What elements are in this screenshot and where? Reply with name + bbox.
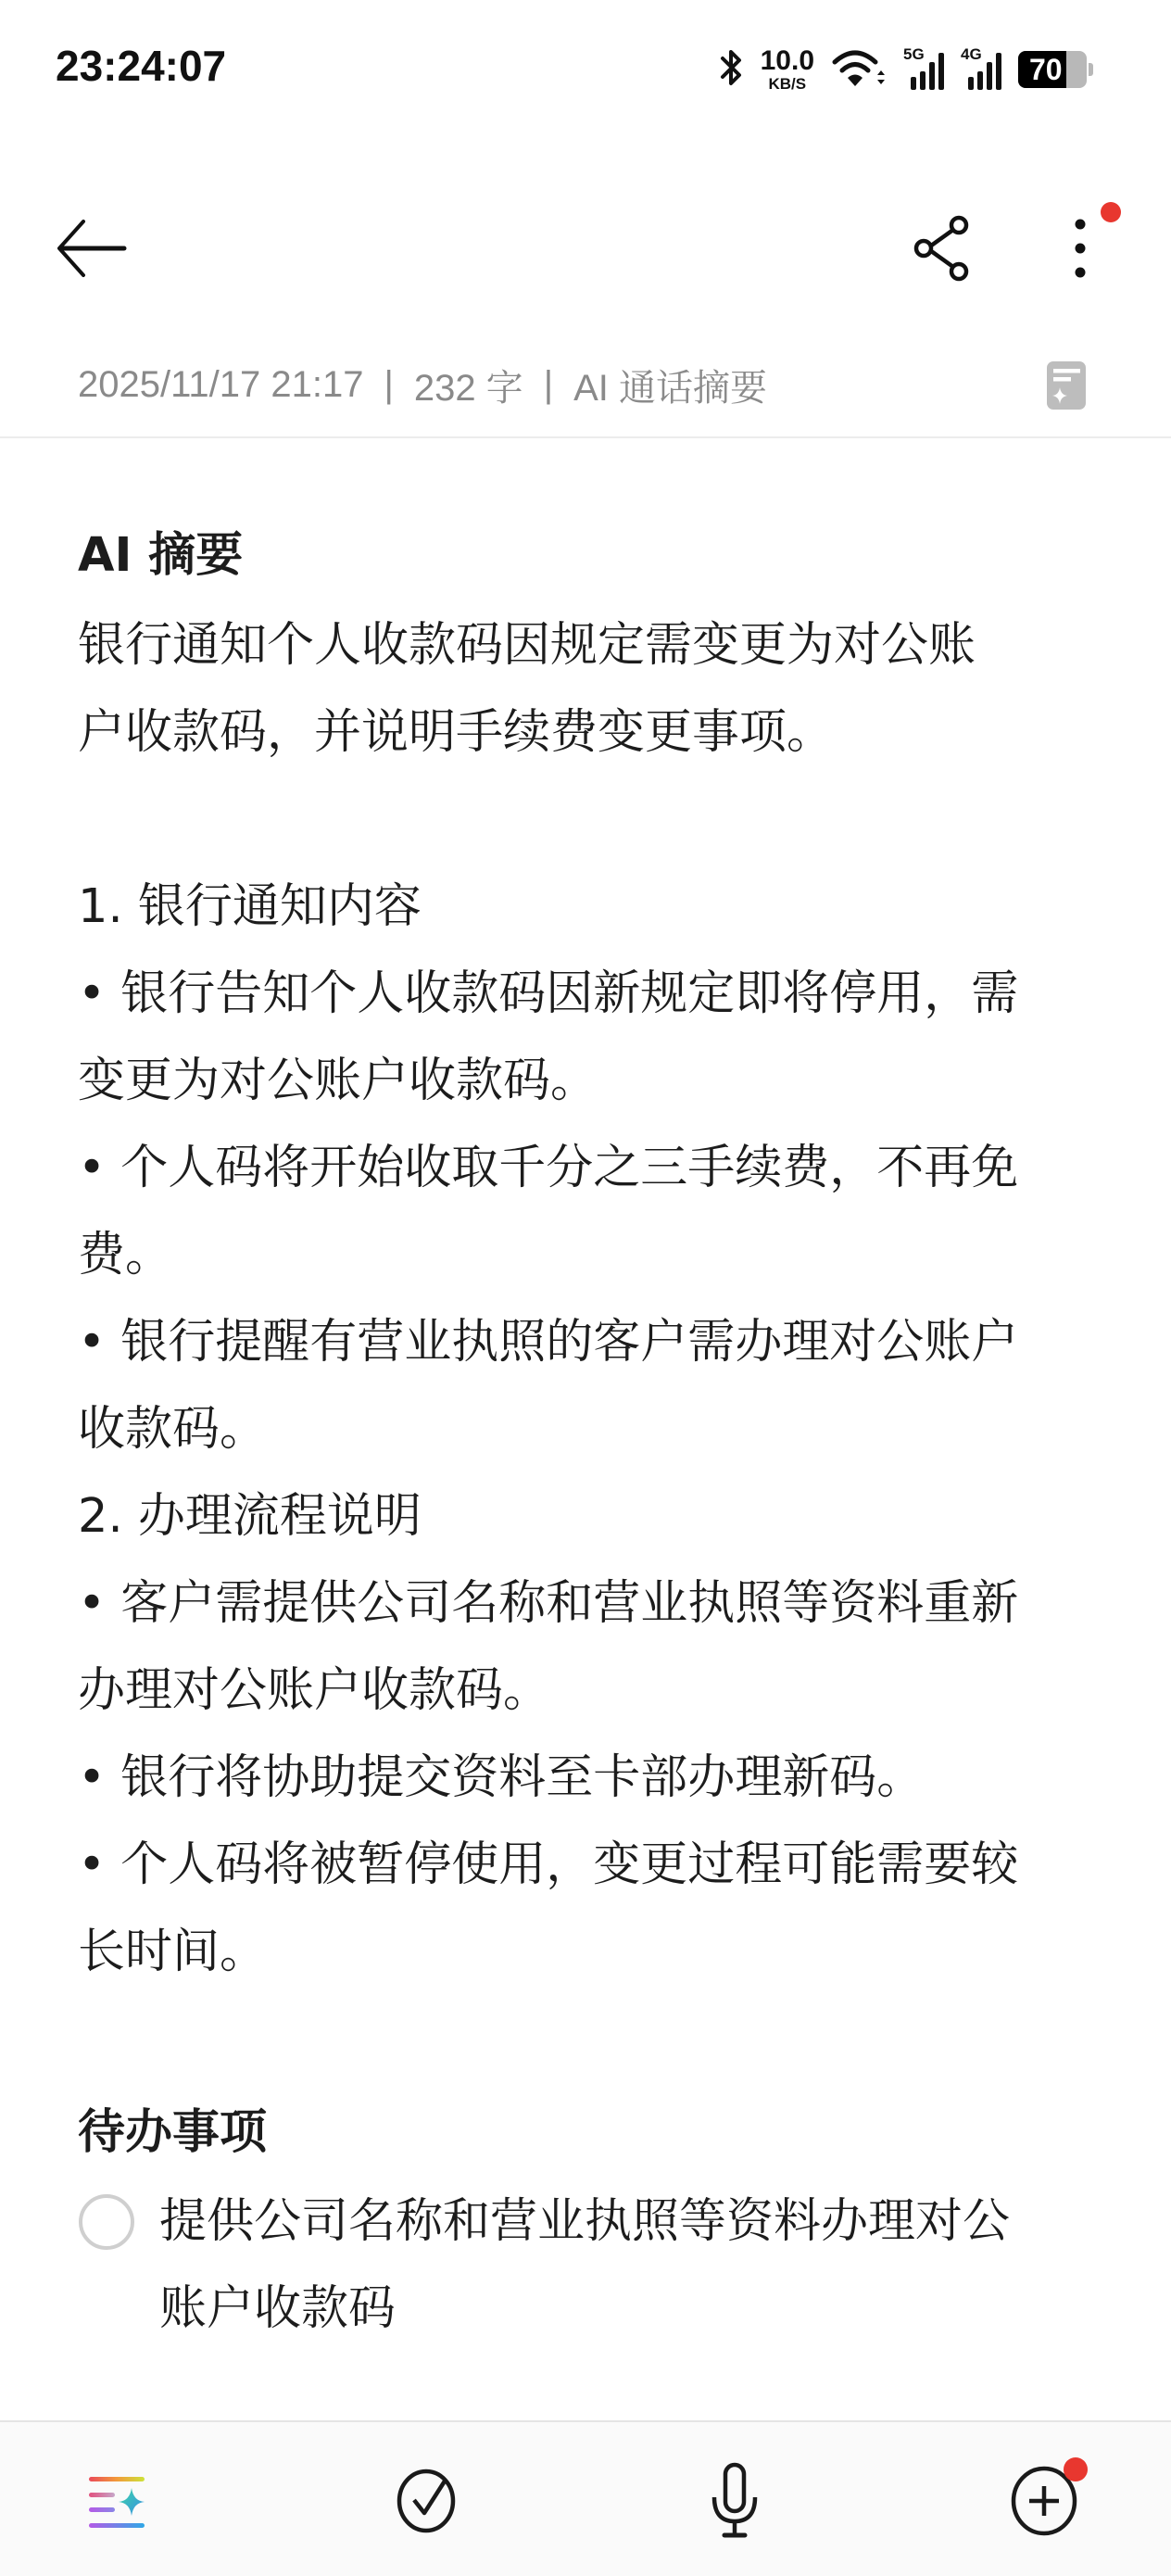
summary-line: • 银行告知个人收款码因新规定即将停用，需 xyxy=(78,951,1018,1038)
more-vertical-icon xyxy=(1071,216,1089,281)
summary-line: 长时间。 xyxy=(78,1909,267,1996)
note-source: AI 通话摘要 xyxy=(573,359,767,411)
meta-separator: | xyxy=(384,364,393,406)
section-heading: 2. 办理流程说明 xyxy=(78,1473,422,1560)
add-button[interactable] xyxy=(993,2450,1095,2552)
word-count: 232 字 xyxy=(414,359,523,411)
summary-line: 办理对公账户收款码。 xyxy=(78,1648,550,1735)
microphone-icon xyxy=(709,2462,761,2540)
notification-badge xyxy=(1101,202,1121,222)
summary-line: • 银行将协助提交资料至卡部办理新码。 xyxy=(78,1735,924,1822)
signal-4g-icon: 4G xyxy=(961,49,1001,90)
summary-line: 户收款码，并说明手续费变更事项。 xyxy=(78,689,834,777)
arrow-left-icon xyxy=(54,216,128,281)
network-speed: 10.0 KB/S xyxy=(761,47,814,92)
signal-5g-icon: 5G xyxy=(903,49,944,90)
microphone-button[interactable] xyxy=(684,2450,786,2552)
back-button[interactable] xyxy=(46,204,135,293)
todo-item-text: 账户收款码 xyxy=(159,2266,396,2353)
note-meta: 2025/11/17 21:17 | 232 字 | AI 通话摘要 xyxy=(78,357,767,412)
summary-line: 收款码。 xyxy=(78,1386,267,1473)
todo-item-text: 提供公司名称和营业执照等资料办理对公 xyxy=(159,2178,1010,2266)
status-time: 23:24:07 xyxy=(56,41,226,91)
share-button[interactable] xyxy=(899,204,988,293)
summary-line: • 银行提醒有营业执照的客户需办理对公账户 xyxy=(78,1299,1018,1386)
app-bar xyxy=(0,185,1171,306)
summary-line: 银行通知个人收款码因规定需变更为对公账 xyxy=(78,602,976,689)
note-datetime: 2025/11/17 21:17 xyxy=(78,364,363,406)
bottom-toolbar xyxy=(0,2420,1171,2576)
section-heading: 1. 银行通知内容 xyxy=(78,864,422,951)
bluetooth-icon xyxy=(720,47,744,92)
battery-nub xyxy=(1089,63,1093,76)
summary-line: 变更为对公账户收款码。 xyxy=(78,1038,598,1125)
summary-line: 费。 xyxy=(78,1212,172,1299)
summary-line: • 客户需提供公司名称和营业执照等资料重新 xyxy=(78,1560,1018,1648)
header-divider xyxy=(0,436,1171,438)
summary-line: • 个人码将开始收取千分之三手续费，不再免 xyxy=(78,1125,1018,1212)
ai-format-icon xyxy=(87,2473,148,2529)
status-icons: 10.0 KB/S 5G 4G xyxy=(720,46,1093,93)
battery-icon: 70 xyxy=(1018,51,1087,88)
summary-line: • 个人码将被暂停使用，变更过程可能需要较 xyxy=(78,1822,1018,1909)
ai-format-button[interactable] xyxy=(67,2450,169,2552)
checklist-icon xyxy=(394,2467,459,2535)
todo-checkbox[interactable] xyxy=(79,2194,134,2250)
summary-title: AI 摘要 xyxy=(78,512,243,600)
wifi-icon xyxy=(831,47,887,92)
ai-summary-doc-icon xyxy=(1045,360,1088,411)
more-options-button[interactable] xyxy=(1036,204,1125,293)
todo-title: 待办事项 xyxy=(78,2090,267,2177)
notification-badge xyxy=(1064,2457,1088,2481)
meta-separator: | xyxy=(544,364,553,406)
checklist-button[interactable] xyxy=(375,2450,477,2552)
share-icon xyxy=(911,214,976,283)
status-bar: 23:24:07 10.0 KB/S 5G 4G xyxy=(0,0,1171,139)
ai-summary-doc-button[interactable] xyxy=(1045,360,1088,411)
